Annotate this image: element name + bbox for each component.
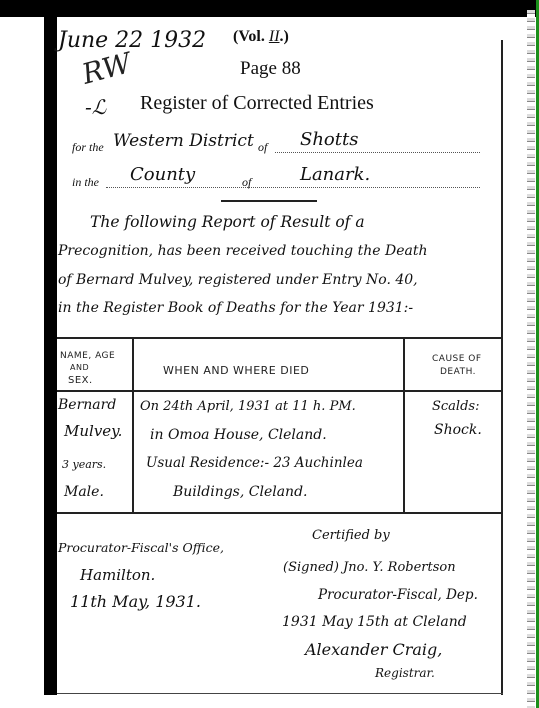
cell-when-line-2: in Omoa House, Cleland. — [150, 427, 327, 443]
county-prefix: in the — [72, 175, 99, 190]
paragraph-line-3: of Bernard Mulvey, registered under Entr… — [58, 272, 418, 288]
cell-cause-line-2: Shock. — [434, 422, 482, 438]
register-title: Register of Corrected Entries — [140, 92, 374, 115]
handwritten-date: June 22 1932 — [58, 28, 206, 53]
county-label: County — [130, 164, 195, 185]
paragraph-line-2: Precognition, has been received touching… — [58, 243, 427, 259]
cell-when-line-3: Usual Residence:- 23 Auchinlea — [146, 455, 363, 471]
page-right-rule — [501, 40, 503, 695]
footer-left-line-3: 11th May, 1931. — [70, 592, 201, 611]
volume-label: (Vol. II.) — [233, 28, 289, 46]
footer-right-line-1: Certified by — [312, 528, 390, 543]
footer-right-line-5: Alexander Craig, — [305, 640, 442, 659]
district-name: Western District — [113, 131, 254, 151]
header-name-line-2: AND — [70, 363, 89, 372]
table-top-border — [57, 337, 503, 339]
district-place: Shotts — [300, 129, 358, 150]
table-bottom-border — [57, 512, 503, 514]
table-col-divider-2 — [403, 337, 405, 514]
footer-left-line-1: Procurator-Fiscal's Office, — [58, 540, 224, 555]
page-number: 88 — [282, 58, 301, 79]
footer-right-line-2: (Signed) Jno. Y. Robertson — [283, 560, 456, 575]
section-separator — [221, 200, 317, 202]
scan-top-border — [0, 0, 539, 17]
district-prefix: for the — [72, 140, 104, 155]
header-name-line-3: SEX. — [68, 375, 93, 386]
footer-left-line-2: Hamilton. — [80, 566, 155, 584]
table-header-when-where: WHEN AND WHERE DIED — [163, 364, 309, 377]
district-dotted-line — [275, 151, 480, 153]
cell-when-line-1: On 24th April, 1931 at 11 h. PM. — [140, 399, 356, 414]
cell-name-line-3: 3 years. — [62, 458, 106, 471]
header-cause-line-1: CAUSE OF — [432, 354, 482, 364]
county-name: Lanark. — [300, 164, 370, 185]
cell-when-line-4: Buildings, Cleland. — [173, 484, 308, 500]
scan-right-edge — [527, 10, 535, 708]
table-col-divider-1 — [132, 337, 134, 514]
signature-mark-icon: -ℒ — [85, 95, 106, 119]
cell-name-line-2: Mulvey. — [64, 422, 122, 440]
volume-suffix: .) — [280, 28, 289, 45]
paragraph-line-4: in the Register Book of Deaths for the Y… — [58, 300, 413, 316]
county-dotted-line — [106, 186, 480, 188]
footer-right-line-6: Registrar. — [375, 666, 435, 680]
table-header-border — [57, 390, 503, 392]
page-number-line: Page 88 — [240, 58, 301, 80]
header-name-line-1: NAME, AGE — [60, 351, 115, 361]
scan-left-border — [44, 17, 57, 695]
paragraph-line-1: The following Report of Result of a — [90, 213, 365, 231]
volume-prefix: (Vol. — [233, 28, 265, 45]
cell-cause-line-1: Scalds: — [432, 399, 479, 414]
county-of: of — [242, 175, 251, 190]
cell-name-line-4: Male. — [64, 484, 104, 500]
footer-right-line-3: Procurator-Fiscal, Dep. — [318, 587, 478, 603]
cell-name-line-1: Bernard — [58, 397, 116, 413]
district-of: of — [258, 140, 267, 155]
page-label: Page — [240, 58, 277, 79]
footer-right-line-4: 1931 May 15th at Cleland — [282, 614, 467, 630]
page-bottom-rule — [57, 693, 503, 694]
volume-number: II — [269, 28, 280, 45]
header-cause-line-2: DEATH. — [440, 367, 476, 377]
